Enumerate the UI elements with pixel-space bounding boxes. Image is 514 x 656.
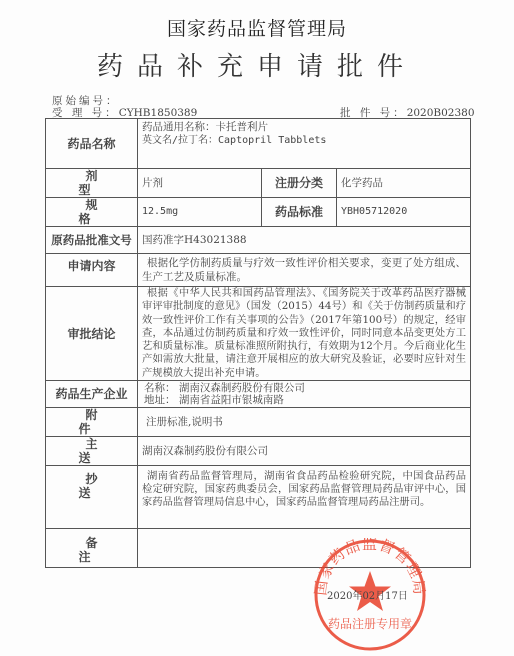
strength-value: 12.5mg: [138, 198, 262, 227]
attachments-label: 附 件: [46, 408, 138, 437]
row-manufacturer: 药品生产企业 名称： 湖南汉森制药股份有限公司 地址： 湖南省益阳市银城南路: [46, 381, 471, 408]
original-approval-value: 国药准字H43021388: [138, 227, 471, 254]
seal-inner-text: 药品注册专用章: [328, 616, 412, 631]
drug-name-cell: 药品通用名称：卡托普利片 英文名/拉丁名：Captopril Tabblets: [138, 119, 471, 169]
row-drug-name: 药品名称 药品通用名称：卡托普利片 英文名/拉丁名：Captopril Tabb…: [46, 119, 471, 169]
cc-value: 湖南省药品监督管理局，湖南省食品药品检验研究院，中国食品药品检定研究院，国家药典…: [138, 466, 471, 529]
approval-conclusion-value: 根据《中华人民共和国药品管理法》、《国务院关于改革药品医疗器械审评审批制度的意见…: [138, 287, 471, 381]
dosage-form-value: 片剂: [138, 169, 262, 198]
manufacturer-name: 名称： 湖南汉森制药股份有限公司: [144, 382, 466, 395]
english-name: 英文名/拉丁名：Captopril Tabblets: [142, 134, 466, 148]
row-application-content: 申请内容 根据化学仿制药质量与疗效一致性评价相关要求，变更了处方组成、生产工艺及…: [46, 254, 471, 287]
original-approval-label: 原药品批准文号: [46, 227, 138, 254]
approval-date: 2020年02月17日: [327, 587, 408, 602]
approval-conclusion-label: 审批结论: [46, 287, 138, 381]
main-recipient-value: 湖南汉森制药股份有限公司: [138, 437, 471, 466]
application-content-label: 申请内容: [46, 254, 138, 287]
row-attachments: 附 件 注册标准,说明书: [46, 408, 471, 437]
manufacturer-label: 药品生产企业: [46, 381, 138, 408]
row-dosage-form: 剂 型 片剂 注册分类 化学药品: [46, 169, 471, 198]
dosage-form-label: 剂 型: [46, 169, 138, 198]
registration-category-label: 注册分类: [262, 169, 337, 198]
attachments-value: 注册标准,说明书: [138, 408, 471, 437]
agency-name: 国家药品监督管理局: [0, 14, 514, 41]
row-strength: 规 格 12.5mg 药品标准 YBH05712020: [46, 198, 471, 227]
drug-name-label: 药品名称: [46, 119, 138, 169]
manufacturer-address: 地址： 湖南省益阳市银城南路: [144, 394, 466, 407]
remarks-label: 备 注: [46, 529, 138, 568]
row-main-recipient: 主 送 湖南汉森制药股份有限公司: [46, 437, 471, 466]
approval-table: 药品名称 药品通用名称：卡托普利片 英文名/拉丁名：Captopril Tabb…: [45, 118, 471, 568]
row-approval-conclusion: 审批结论 根据《中华人民共和国药品管理法》、《国务院关于改革药品医疗器械审评审批…: [46, 287, 471, 381]
strength-label: 规 格: [46, 198, 138, 227]
registration-category-value: 化学药品: [337, 169, 471, 198]
row-original-approval: 原药品批准文号 国药准字H43021388: [46, 227, 471, 254]
application-content-value: 根据化学仿制药质量与疗效一致性评价相关要求，变更了处方组成、生产工艺及质量标准。: [138, 254, 471, 287]
document-title: 药品补充申请批件: [0, 46, 514, 83]
cc-label: 抄 送: [46, 466, 138, 529]
drug-standard-label: 药品标准: [262, 198, 337, 227]
row-cc: 抄 送 湖南省药品监督管理局，湖南省食品药品检验研究院，中国食品药品检定研究院，…: [46, 466, 471, 529]
main-recipient-label: 主 送: [46, 437, 138, 466]
drug-standard-value: YBH05712020: [337, 198, 471, 227]
generic-name: 药品通用名称：卡托普利片: [142, 120, 466, 134]
manufacturer-cell: 名称： 湖南汉森制药股份有限公司 地址： 湖南省益阳市银城南路: [138, 381, 471, 408]
